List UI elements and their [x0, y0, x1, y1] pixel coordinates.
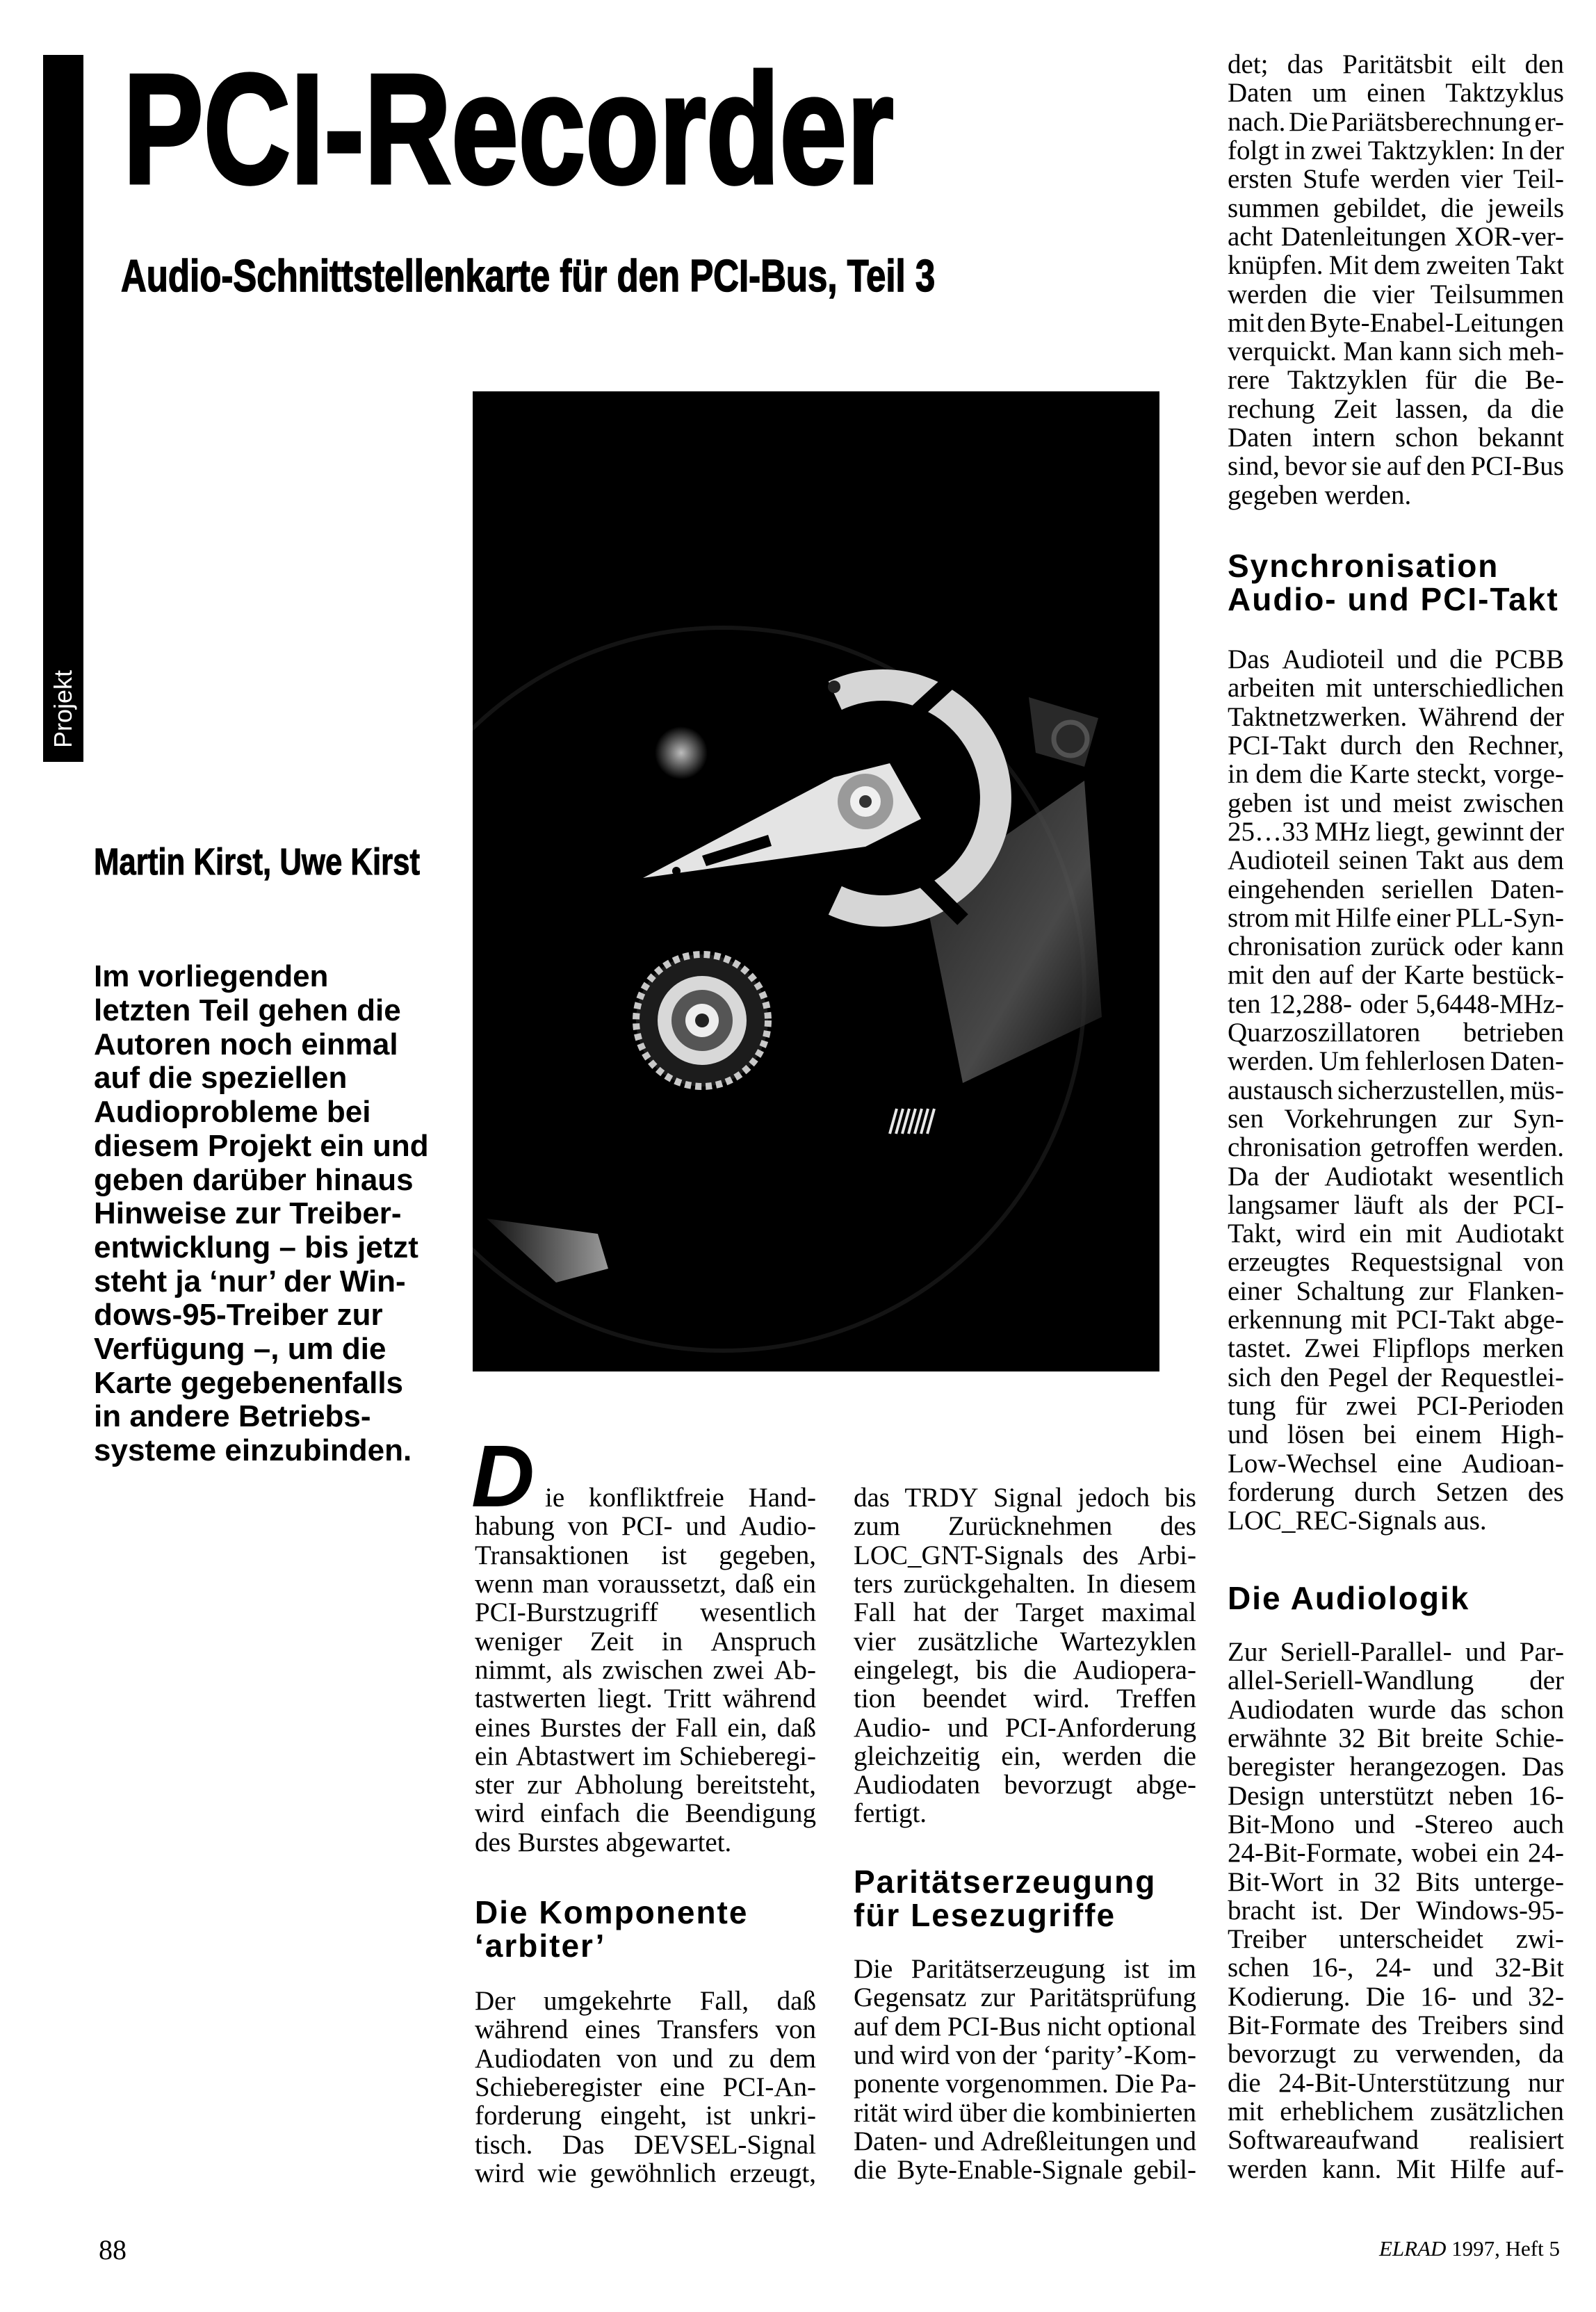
word: Beendigung: [685, 1799, 816, 1827]
word: PLL-Syn-: [1456, 904, 1564, 932]
text-line: Softwareaufwandrealisiert: [1228, 2126, 1564, 2154]
word: als: [1418, 1191, 1448, 1219]
word: im: [1168, 1955, 1196, 1983]
word: Der: [475, 1987, 515, 2015]
word: maximal: [1101, 1598, 1196, 1627]
word: Tritt: [664, 1684, 711, 1713]
word: mit: [1351, 1305, 1387, 1334]
word: langsamer: [1228, 1191, 1339, 1219]
word: unterge-: [1474, 1868, 1564, 1896]
word: mit: [1228, 961, 1264, 989]
word: merken: [1483, 1334, 1564, 1362]
word: mit: [1228, 2097, 1264, 2126]
text-line: mitdenByte-Enabel-Leitungen: [1228, 309, 1564, 337]
word: Paritätsbit: [1342, 50, 1452, 79]
word: werden.: [1477, 1133, 1564, 1162]
word: Mit: [1329, 251, 1368, 279]
word: und: [854, 2041, 895, 2069]
text-line: strommitHilfeeinerPLL-Syn-: [1228, 904, 1564, 932]
word: den: [1426, 452, 1465, 480]
word: zwischen: [602, 1656, 703, 1684]
word: Der: [1360, 1896, 1400, 1925]
word: den: [1271, 961, 1310, 989]
word: Um: [1319, 1047, 1360, 1075]
word: strom: [1228, 904, 1289, 932]
highlight-blob: [655, 726, 708, 779]
word: Schieberegi-: [679, 1742, 816, 1770]
text-line: habungvonPCI-undAudio-: [475, 1512, 816, 1540]
word: PCI-: [621, 1512, 673, 1540]
word: Rechner,: [1468, 731, 1564, 760]
word: die: [1228, 2069, 1261, 2097]
word: Par-: [1520, 1638, 1564, 1666]
word: die: [1440, 194, 1474, 222]
text-line: erzeugtesRequestsignalvon: [1228, 1248, 1564, 1276]
word: Requestsignal: [1351, 1248, 1503, 1276]
text-line: forderungeingeht,istunkri-: [475, 2101, 816, 2130]
word: den: [1415, 731, 1454, 760]
word: und: [1155, 2127, 1196, 2156]
footer-issue: ELRAD1997, Heft 5: [1379, 2238, 1560, 2259]
word: einer: [1228, 1277, 1282, 1305]
word: Adreßleitungen: [981, 2127, 1150, 2156]
word: durch: [1354, 1478, 1416, 1506]
word: PCI-Burstzugriff: [475, 1598, 658, 1627]
text-line: chronisationgetroffenwerden.: [1228, 1133, 1564, 1162]
word: zusätzliche: [918, 1627, 1038, 1656]
word: ein,: [1001, 1742, 1041, 1770]
word: Transaktionen: [475, 1541, 629, 1570]
text-line: austauschsicherzustellen,müs-: [1228, 1076, 1564, 1105]
text-line: allel-Seriell-Wandlungder: [1228, 1666, 1564, 1695]
word: wird: [475, 2159, 525, 2188]
text-line: summengebildet,diejeweils: [1228, 194, 1564, 222]
word: vier: [1372, 280, 1415, 309]
word: für: [1425, 366, 1456, 394]
word: Anspruch: [710, 1627, 816, 1656]
text-line: folgtinzweiTaktzyklen:Inder: [1228, 136, 1564, 165]
body-paragraph: DasAudioteilunddiePCBBarbeitenmituntersc…: [1228, 645, 1564, 1535]
word: sicherzustellen,: [1337, 1076, 1505, 1105]
text-line: wirdwiegewöhnlicherzeugt,: [475, 2159, 816, 2188]
word: der: [631, 1713, 666, 1742]
magazine-page: Projekt PCI-Recorder Audio-Schnittstelle…: [0, 0, 1596, 2312]
text-line: gegeben werden.: [1228, 481, 1564, 510]
text-line: Taktnetzwerken.Währendder: [1228, 703, 1564, 731]
word: zwei: [1346, 1392, 1397, 1420]
text-line: einerSchaltungzurFlanken-: [1228, 1277, 1564, 1305]
word: zur: [981, 1983, 1016, 2012]
word: 16-: [1528, 1782, 1564, 1810]
word: während: [475, 2015, 568, 2044]
word: ein,: [727, 1713, 767, 1742]
word: werden: [1062, 1742, 1142, 1770]
word: nicht: [1047, 2012, 1101, 2041]
word: liegt,: [1376, 817, 1431, 846]
text-line: Designunterstütztneben16-: [1228, 1782, 1564, 1810]
text-line: undwirdvonder‘parity’-Kom-: [854, 2041, 1196, 2069]
word: 24-: [1375, 1953, 1411, 1982]
word: fehlerlosen: [1365, 1047, 1485, 1075]
text-line: fertigt.: [854, 1799, 1196, 1827]
text-line: arbeitenmitunterschiedlichen: [1228, 674, 1564, 702]
word: in: [662, 1627, 683, 1656]
text-line: FallhatderTargetmaximal: [854, 1598, 1196, 1627]
word: Daten: [1228, 423, 1292, 452]
word: zurück: [1371, 932, 1444, 961]
word: gegeben,: [719, 1541, 816, 1570]
word: daß: [777, 1713, 816, 1742]
word: zwi-: [1516, 1925, 1564, 1953]
word: eine: [1397, 1449, 1442, 1478]
word: Pegel: [1328, 1363, 1389, 1392]
word: müs-: [1510, 1076, 1564, 1105]
word: auf-: [1520, 2155, 1564, 2183]
word: er-: [1534, 108, 1564, 136]
word: erkennung: [1228, 1305, 1342, 1334]
text-line: erwähnte32BitbreiteSchie-: [1228, 1724, 1564, 1752]
word: wesentlich: [1448, 1162, 1564, 1191]
word: und: [1228, 1420, 1269, 1449]
word: das: [1450, 1695, 1486, 1724]
word: mit: [1406, 1219, 1442, 1248]
abstract-line: systeme einzubinden.: [94, 1434, 455, 1468]
word: jeweils: [1488, 194, 1564, 222]
section-heading: Paritätserzeugungfür Lesezugriffe: [854, 1865, 1196, 1932]
hard-disk-photo: [473, 391, 1159, 1371]
word: Low-Wechsel: [1228, 1449, 1378, 1478]
word: abge-: [1136, 1770, 1196, 1799]
word: habung: [475, 1512, 555, 1540]
word: seinen: [1339, 846, 1408, 874]
text-line: GegensatzzurParitätsprüfung: [854, 1983, 1196, 2012]
word: Zeit: [590, 1627, 634, 1656]
word: sich: [1228, 1363, 1271, 1392]
word: tung: [1228, 1392, 1276, 1420]
word: Pariätsberechnung: [1331, 108, 1531, 136]
text-line: nimmt,alszwischenzweiAb-: [475, 1656, 816, 1684]
word: bevorzugt: [1004, 1770, 1112, 1799]
word: getroffen: [1370, 1133, 1469, 1162]
word: bis: [1164, 1483, 1196, 1512]
word: umgekehrte: [544, 1987, 671, 2015]
word: Audiotakt: [1324, 1162, 1433, 1191]
word: durch: [1340, 731, 1402, 760]
word: wenn: [475, 1570, 533, 1598]
word: lösen: [1287, 1420, 1344, 1449]
word: Gegensatz: [854, 1983, 966, 2012]
word: wird: [1296, 1219, 1346, 1248]
word: Bit-Mono: [1228, 1810, 1335, 1839]
word: bereitsteht,: [697, 1770, 816, 1799]
word: Datenleitungen: [1281, 222, 1447, 251]
word: Zurücknehmen: [948, 1512, 1112, 1540]
word: Zeit: [1333, 395, 1377, 423]
word: lassen,: [1395, 395, 1468, 423]
text-line: LOC_REC-Signals aus.: [1228, 1506, 1564, 1535]
text-line: tastet.ZweiFlipflopsmerken: [1228, 1334, 1564, 1362]
author-byline: Martin Kirst, Uwe Kirst: [94, 843, 420, 881]
body-paragraph: det;dasParitätsbiteiltdenDatenumeinenTak…: [1228, 50, 1564, 510]
word: die: [1310, 760, 1343, 788]
text-line: 25…33MHzliegt,gewinntder: [1228, 817, 1564, 846]
word: in: [1285, 136, 1305, 165]
word: dem: [1255, 760, 1302, 788]
word: einer: [1396, 904, 1451, 932]
word: die: [1013, 2099, 1046, 2127]
word: gebildet,: [1333, 194, 1427, 222]
word: Kodierung.: [1228, 1983, 1351, 2011]
word: MHz: [1314, 817, 1370, 846]
word: daß: [777, 1987, 816, 2015]
word: 5,6448-MHz-: [1416, 990, 1564, 1018]
word: gebil-: [1133, 2156, 1196, 2184]
word: vorgenommen.: [945, 2069, 1108, 2098]
word: den: [1525, 50, 1564, 79]
word: 32: [1374, 1868, 1401, 1896]
word: Pa-: [1160, 2069, 1196, 2098]
text-line: terszurückgehalten.Indiesem: [854, 1570, 1196, 1598]
word: summen: [1228, 194, 1319, 222]
text-line: AudioteilseinenTaktausdem: [1228, 846, 1564, 874]
text-line: forderungdurchSetzendes: [1228, 1478, 1564, 1506]
text-line: Bit-Monound-Stereoauch: [1228, 1810, 1564, 1839]
abstract-line: dows-95-Treiber zur: [94, 1299, 455, 1333]
word: Setzen: [1436, 1478, 1508, 1506]
word: PCI-Perioden: [1417, 1392, 1564, 1420]
word: Audiodaten: [1228, 1695, 1354, 1724]
word: 25…33: [1228, 817, 1309, 846]
word: die: [1474, 366, 1508, 394]
word: Softwareaufwand: [1228, 2126, 1419, 2154]
section-heading: Die Audiologik: [1228, 1581, 1564, 1615]
word: bestück-: [1472, 961, 1564, 989]
word: forderung: [1228, 1478, 1335, 1506]
word: zwei: [1311, 136, 1362, 165]
word: Da: [1228, 1162, 1259, 1191]
word: Schie-: [1495, 1724, 1564, 1752]
abstract-line: letzten Teil gehen die: [94, 994, 455, 1028]
journal-name: ELRAD: [1379, 2236, 1446, 2261]
text-line: verquickt.Mankannsichmeh-: [1228, 337, 1564, 366]
word: diesem: [1120, 1570, 1196, 1598]
word: auf: [854, 2012, 888, 2041]
word: zum: [854, 1512, 900, 1540]
word: sind,: [1228, 452, 1280, 480]
word: der: [1463, 1191, 1498, 1219]
abstract-line: in andere Betriebs-: [94, 1400, 455, 1434]
word: die: [636, 1799, 669, 1827]
word: rere: [1228, 366, 1270, 394]
word: ist.: [1311, 1896, 1344, 1925]
word: intern: [1312, 423, 1376, 452]
word: und: [1465, 1638, 1506, 1666]
word: Treibers: [1418, 2011, 1508, 2040]
word: sen: [1228, 1105, 1264, 1133]
word: 24-Bit-Unterstützung: [1278, 2069, 1510, 2097]
text-line: iekonfliktfreieHand-: [475, 1483, 816, 1512]
article-title: PCI-Recorder: [123, 51, 894, 207]
text-line: Bit-FormatedesTreiberssind: [1228, 2011, 1564, 2040]
word: die: [1163, 1742, 1196, 1770]
word: optional: [1107, 2012, 1196, 2041]
word: Hilfe: [1450, 2155, 1506, 2183]
text-line: Takt,wirdeinmitAudiotakt: [1228, 1219, 1564, 1248]
word: eines: [585, 2015, 640, 2044]
word: 24-: [1528, 1839, 1564, 1867]
word: die: [1024, 1656, 1057, 1684]
text-line: Bit-Wortin32Bitsunterge-: [1228, 1868, 1564, 1896]
word: der: [1002, 2041, 1037, 2069]
word: Teil-: [1513, 165, 1564, 193]
word: eine: [660, 2073, 705, 2101]
word: Bits: [1416, 1868, 1460, 1896]
text-line: werdendievierTeilsummen: [1228, 280, 1564, 309]
word: zwischen: [1463, 789, 1564, 817]
word: läuft: [1354, 1191, 1403, 1219]
word: voraussetzt,: [598, 1570, 726, 1598]
word: In: [1501, 136, 1524, 165]
body-paragraph: iekonfliktfreieHand-habungvonPCI-undAudi…: [475, 1483, 816, 1857]
word: Takt,: [1228, 1219, 1282, 1248]
abstract-line: steht ja ‘nur’ der Win-: [94, 1265, 455, 1299]
word: schon: [1501, 1695, 1564, 1724]
word: neben: [1449, 1782, 1513, 1810]
word: eilt: [1472, 50, 1506, 79]
text-line: DatenumeinenTaktzyklus: [1228, 79, 1564, 107]
word: Burstes: [540, 1713, 621, 1742]
word: erwähnte: [1228, 1724, 1327, 1752]
word: betrieben: [1463, 1018, 1564, 1047]
text-line: sterzurAbholungbereitsteht,: [475, 1770, 816, 1799]
word: Seriell-Parallel-: [1280, 1638, 1452, 1666]
word: Hand-: [749, 1483, 816, 1512]
word: von: [1524, 1248, 1565, 1276]
word: und: [947, 1713, 988, 1742]
word: tisch.: [475, 2131, 532, 2159]
word: ein: [783, 1570, 816, 1598]
word: knüpfen.: [1228, 251, 1324, 279]
word: Daten-: [1490, 875, 1564, 904]
word: der: [1362, 961, 1396, 989]
word: Taktnetzwerken.: [1228, 703, 1407, 731]
word: Signal: [993, 1483, 1063, 1512]
word: PCI-Takt: [1228, 731, 1326, 760]
word: wird: [475, 1799, 525, 1827]
text-line: PCI-TaktdurchdenRechner,: [1228, 731, 1564, 760]
word: von: [617, 2044, 658, 2073]
word: Treiber: [1228, 1925, 1306, 1953]
word: Ab-: [774, 1656, 816, 1684]
word: der: [1529, 136, 1564, 165]
text-line: dasTRDYSignaljedochbis: [854, 1483, 1196, 1512]
word: steckt,: [1417, 760, 1487, 788]
word: man: [542, 1570, 589, 1598]
word: zurückgehalten.: [904, 1570, 1076, 1598]
word: Syn-: [1513, 1105, 1564, 1133]
word: werden.: [1228, 1047, 1314, 1075]
word: das: [1287, 50, 1324, 79]
word: PCBB: [1495, 645, 1564, 674]
word: den: [1280, 1363, 1319, 1392]
word: Takt: [1417, 846, 1465, 874]
word: PCI-An-: [723, 2073, 816, 2101]
text-line: Kodierung.Die16-und32-: [1228, 1983, 1564, 2011]
word: Taktzyklus: [1445, 79, 1564, 107]
word: forderung: [475, 2101, 582, 2130]
text-line: DieParitätserzeugungistim: [854, 1955, 1196, 1983]
text-line: rechungZeitlassen,dadie: [1228, 395, 1564, 423]
word: ist: [1304, 789, 1330, 817]
word: Bit-Formate: [1228, 2011, 1360, 2040]
spindle-hub: [636, 954, 768, 1086]
text-line: Treiberunterscheidetzwi-: [1228, 1925, 1564, 1953]
text-line: vierzusätzlicheWartezyklen: [854, 1627, 1196, 1656]
word: jedoch: [1077, 1483, 1150, 1512]
word: LOC_GNT-Signals: [854, 1541, 1064, 1570]
word: verquickt.: [1228, 337, 1337, 366]
word: eingelegt,: [854, 1656, 960, 1684]
word: im: [642, 1742, 671, 1770]
word: von: [776, 2015, 817, 2044]
word: Audiotakt: [1456, 1219, 1564, 1248]
word: 16-: [1420, 1983, 1456, 2011]
text-line: schen16-,24-und32-Bit: [1228, 1953, 1564, 1982]
word: aus: [1473, 846, 1509, 874]
word: chronisation: [1228, 932, 1362, 961]
word: ponente: [854, 2069, 939, 2098]
word: vier: [854, 1627, 896, 1656]
abstract-line: geben darüber hinaus: [94, 1164, 455, 1198]
word: und: [1396, 645, 1438, 674]
word: Daten-: [1490, 1047, 1564, 1075]
text-line: mitdenaufderKartebestück-: [1228, 961, 1564, 989]
word: da: [1538, 2040, 1564, 2068]
word: ersten: [1228, 165, 1292, 193]
text-line: langsamerläuftalsderPCI-: [1228, 1191, 1564, 1219]
word: mit: [1326, 674, 1362, 702]
word: gewöhnlich: [590, 2159, 717, 2188]
word: wird.: [1034, 1684, 1090, 1713]
word: Zwei: [1304, 1334, 1360, 1362]
text-line: tionbeendetwird.Treffen: [854, 1684, 1196, 1713]
word: acht: [1228, 222, 1273, 251]
word: der: [1529, 1666, 1564, 1695]
word: die: [1531, 395, 1564, 423]
word: Taktzyklen:: [1368, 136, 1496, 165]
hard-disk-photo-image: [473, 391, 1159, 1371]
text-line: sichdenPegelderRequestlei-: [1228, 1363, 1564, 1392]
word: und: [1354, 1810, 1395, 1839]
word: Paritätserzeugung: [911, 1955, 1105, 1983]
word: Paritätsprüfung: [1029, 1983, 1196, 2012]
word: weniger: [475, 1627, 562, 1656]
text-line: brachtist.DerWindows-95-: [1228, 1896, 1564, 1925]
heading-line: Paritätserzeugung: [854, 1865, 1196, 1898]
word: erheblichem: [1280, 2097, 1414, 2126]
text-line: bevorzugtzuverwenden,da: [1228, 2040, 1564, 2068]
body-paragraph: DerumgekehrteFall,daßwährendeinesTransfe…: [475, 1987, 816, 2188]
word: chronisation: [1228, 1133, 1362, 1162]
word: nimmt,: [475, 1656, 553, 1684]
word: da: [1487, 395, 1513, 423]
word: breite: [1422, 1724, 1483, 1752]
text-line: tastwertenliegt.Trittwährend: [475, 1684, 816, 1713]
word: vier: [1460, 165, 1503, 193]
word: Byte-Enabel-Leitungen: [1310, 309, 1564, 337]
word: Fall: [676, 1713, 718, 1742]
word: Das: [562, 2131, 605, 2159]
